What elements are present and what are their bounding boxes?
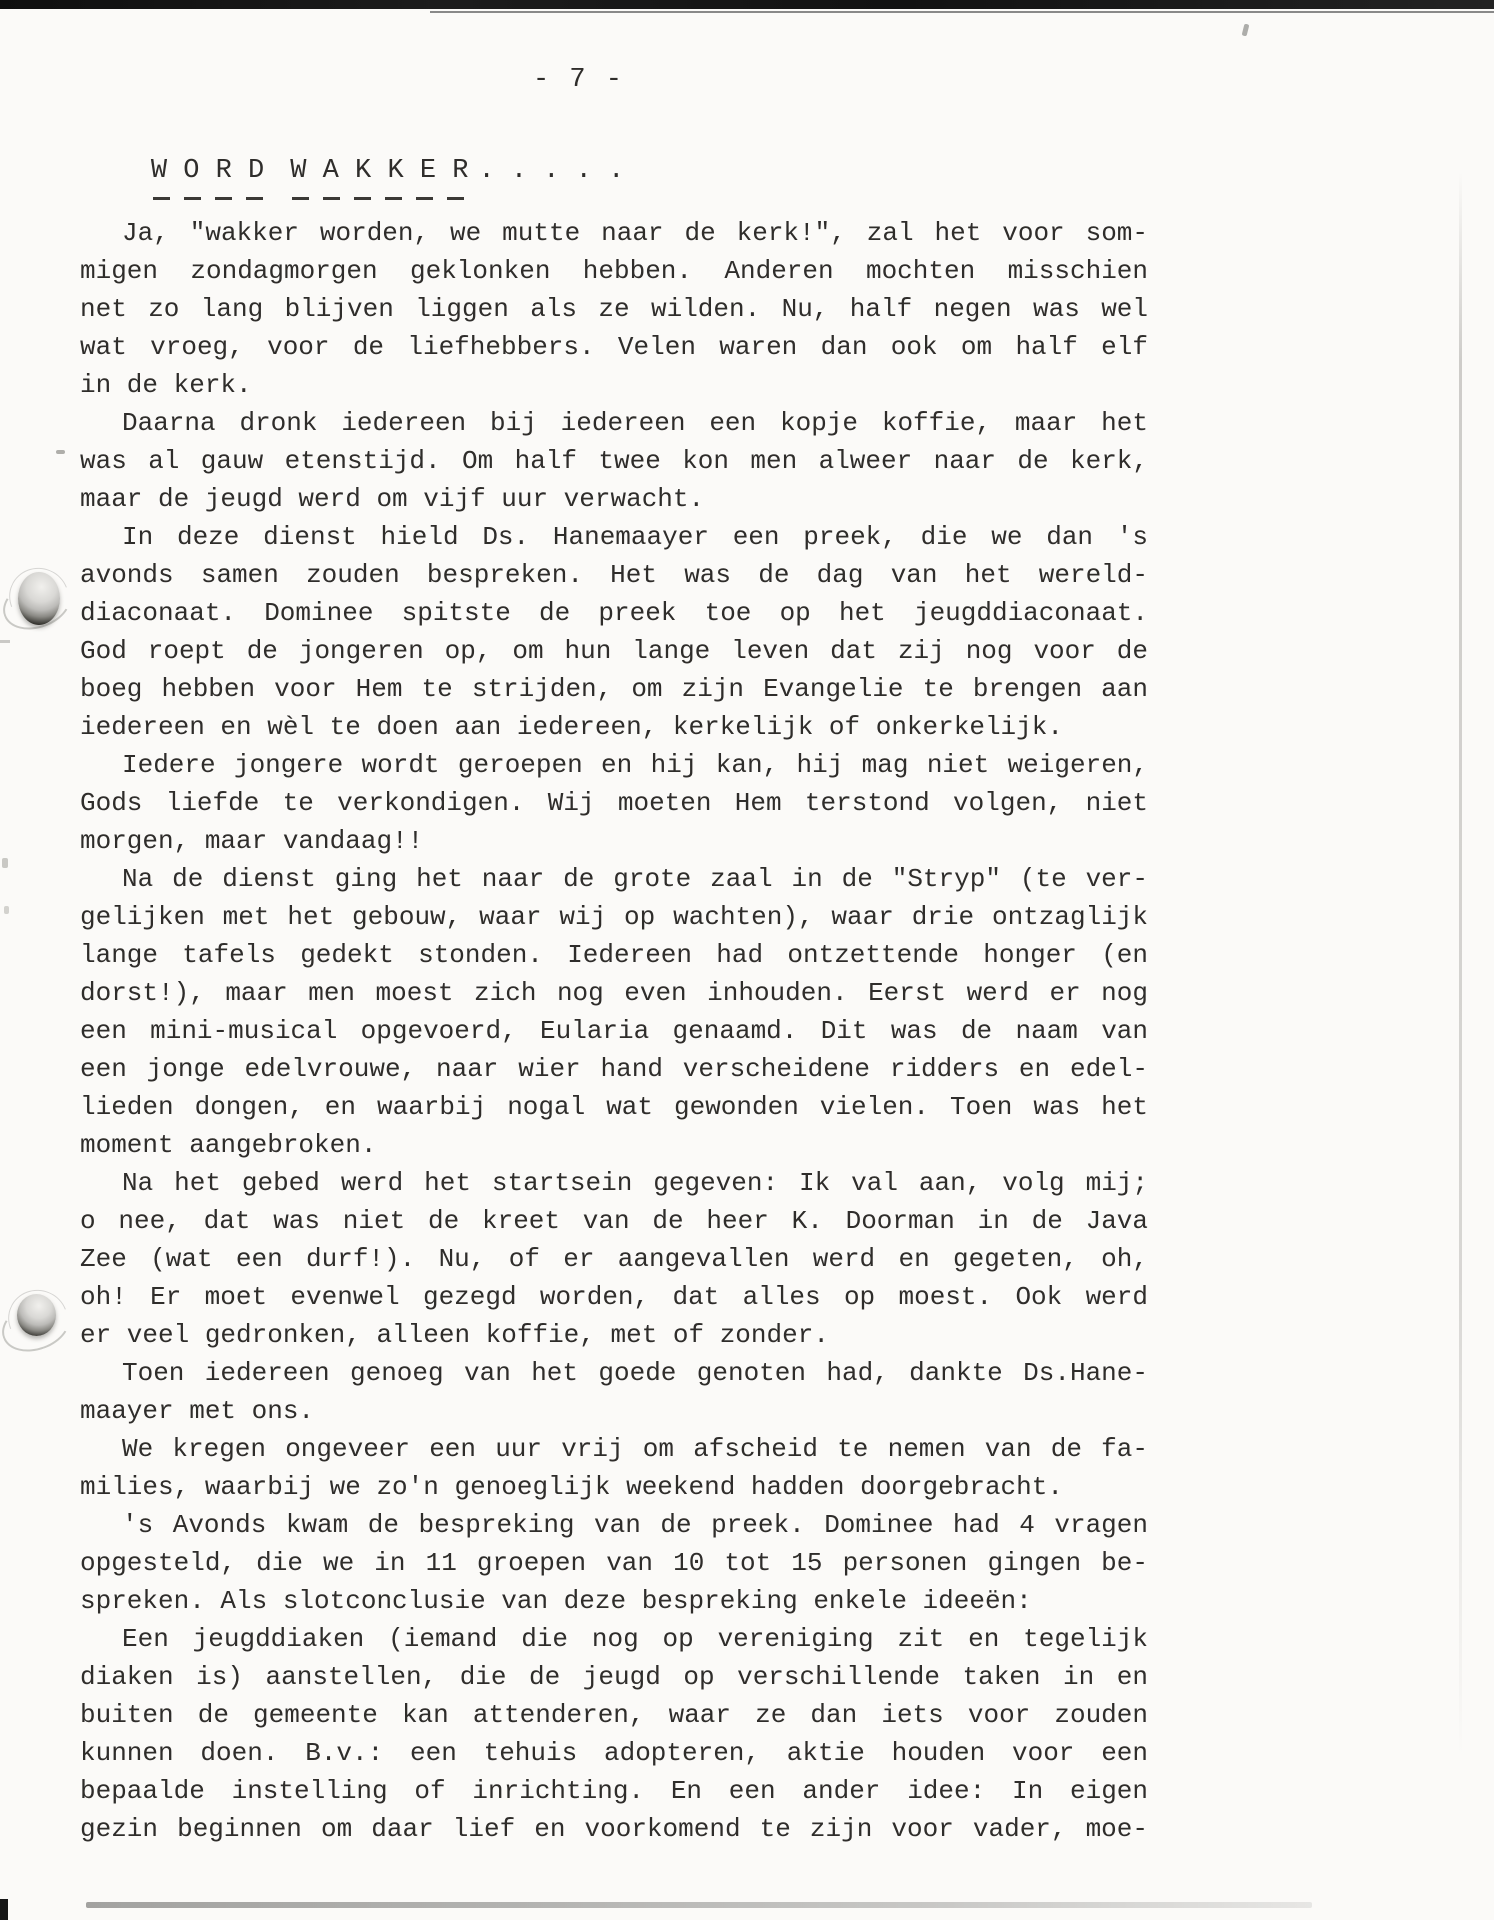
title-word-2: W A K K E R — [290, 154, 468, 188]
scan-top-edge-echo-line — [430, 11, 1494, 13]
text-line: oh! Er moet evenwel gezegd worden, dat a… — [80, 1278, 1148, 1316]
scan-speck — [56, 450, 65, 454]
text-line: boeg hebben voor Hem te strijden, om zij… — [80, 670, 1148, 708]
text-line: gezin beginnen om daar lief en voorkomen… — [80, 1810, 1148, 1848]
text-line: bepaalde instelling of inrichting. En ee… — [80, 1772, 1148, 1810]
text-line: avonds samen zouden bespreken. Het was d… — [80, 556, 1148, 594]
text-line: kunnen doen. B.v.: een tehuis adopteren,… — [80, 1734, 1148, 1772]
scan-speck — [4, 906, 9, 914]
text-line: migen zondagmorgen geklonken hebben. And… — [80, 252, 1148, 290]
text-line: in de kerk. — [80, 366, 1148, 404]
text-line: was al gauw etenstijd. Om half twee kon … — [80, 442, 1148, 480]
text-line: Gods liefde te verkondigen. Wij moeten H… — [80, 784, 1148, 822]
document-page: - 7 - W O R DW A K K E R. . . . . Ja, "w… — [0, 0, 1494, 1920]
text-line: Iedere jongere wordt geroepen en hij kan… — [80, 746, 1148, 784]
text-line: In deze dienst hield Ds. Hanemaayer een … — [80, 518, 1148, 556]
text-line: dorst!), maar men moest zich nog even in… — [80, 974, 1148, 1012]
text-line: Zee (wat een durf!). Nu, of er aangevall… — [80, 1240, 1148, 1278]
text-line: Toen iedereen genoeg van het goede genot… — [80, 1354, 1148, 1392]
text-line: buiten de gemeente kan attenderen, waar … — [80, 1696, 1148, 1734]
text-line: er veel gedronken, alleen koffie, met of… — [80, 1316, 1148, 1354]
text-line: Daarna dronk iedereen bij iedereen een k… — [80, 404, 1148, 442]
text-line: We kregen ongeveer een uur vrij om afsch… — [80, 1430, 1148, 1468]
text-line: net zo lang blijven liggen als ze wilden… — [80, 290, 1148, 328]
scan-speck — [2, 858, 8, 868]
text-line: o nee, dat was niet de kreet van de heer… — [80, 1202, 1148, 1240]
text-line: gelijken met het gebouw, waar wij op wac… — [80, 898, 1148, 936]
text-line: een jonge edelvrouwe, naar wier hand ver… — [80, 1050, 1148, 1088]
scan-right-streak — [1459, 172, 1462, 1757]
scan-bottom-line — [86, 1902, 1312, 1908]
text-line: Een jeugddiaken (iemand die nog op veren… — [80, 1620, 1148, 1658]
scan-speck — [0, 640, 10, 643]
text-line: moment aangebroken. — [80, 1126, 1148, 1164]
text-line: God roept de jongeren op, om hun lange l… — [80, 632, 1148, 670]
text-line: lange tafels gedekt stonden. Iedereen ha… — [80, 936, 1148, 974]
text-line: Ja, "wakker worden, we mutte naar de ker… — [80, 214, 1148, 252]
text-line: iedereen en wèl te doen aan iedereen, ke… — [80, 708, 1148, 746]
text-line: diaconaat. Dominee spitste de preek toe … — [80, 594, 1148, 632]
text-line: spreken. Als slotconclusie van deze besp… — [80, 1582, 1148, 1620]
hole-punch-top — [18, 572, 60, 625]
scan-bottom-corner-mark — [0, 1899, 8, 1920]
body-text: Ja, "wakker worden, we mutte naar de ker… — [80, 214, 1148, 1848]
text-line: 's Avonds kwam de bespreking van de pree… — [80, 1506, 1148, 1544]
text-line: wat vroeg, voor de liefhebbers. Velen wa… — [80, 328, 1148, 366]
document-title: W O R DW A K K E R. . . . . — [86, 120, 624, 222]
text-line: diaken is) aanstellen, die de jeugd op v… — [80, 1658, 1148, 1696]
text-line: opgesteld, die we in 11 groepen van 10 t… — [80, 1544, 1148, 1582]
scan-top-edge-bar — [0, 0, 1494, 9]
text-line: morgen, maar vandaag!! — [80, 822, 1148, 860]
text-line: Na het gebed werd het startsein gegeven:… — [80, 1164, 1148, 1202]
text-line: maar de jeugd werd om vijf uur verwacht. — [80, 480, 1148, 518]
text-line: milies, waarbij we zo'n genoeglijk weeke… — [80, 1468, 1148, 1506]
scan-speck — [1242, 24, 1250, 37]
title-dots: . . . . . — [478, 156, 624, 186]
text-line: lieden dongen, en waarbij nogal wat gewo… — [80, 1088, 1148, 1126]
title-word-1: W O R D — [151, 154, 264, 188]
text-line: Na de dienst ging het naar de grote zaal… — [80, 860, 1148, 898]
text-line: maayer met ons. — [80, 1392, 1148, 1430]
text-line: een mini-musical opgevoerd, Eularia gena… — [80, 1012, 1148, 1050]
hole-punch-bottom — [17, 1294, 56, 1336]
page-number: - 7 - — [533, 64, 624, 96]
